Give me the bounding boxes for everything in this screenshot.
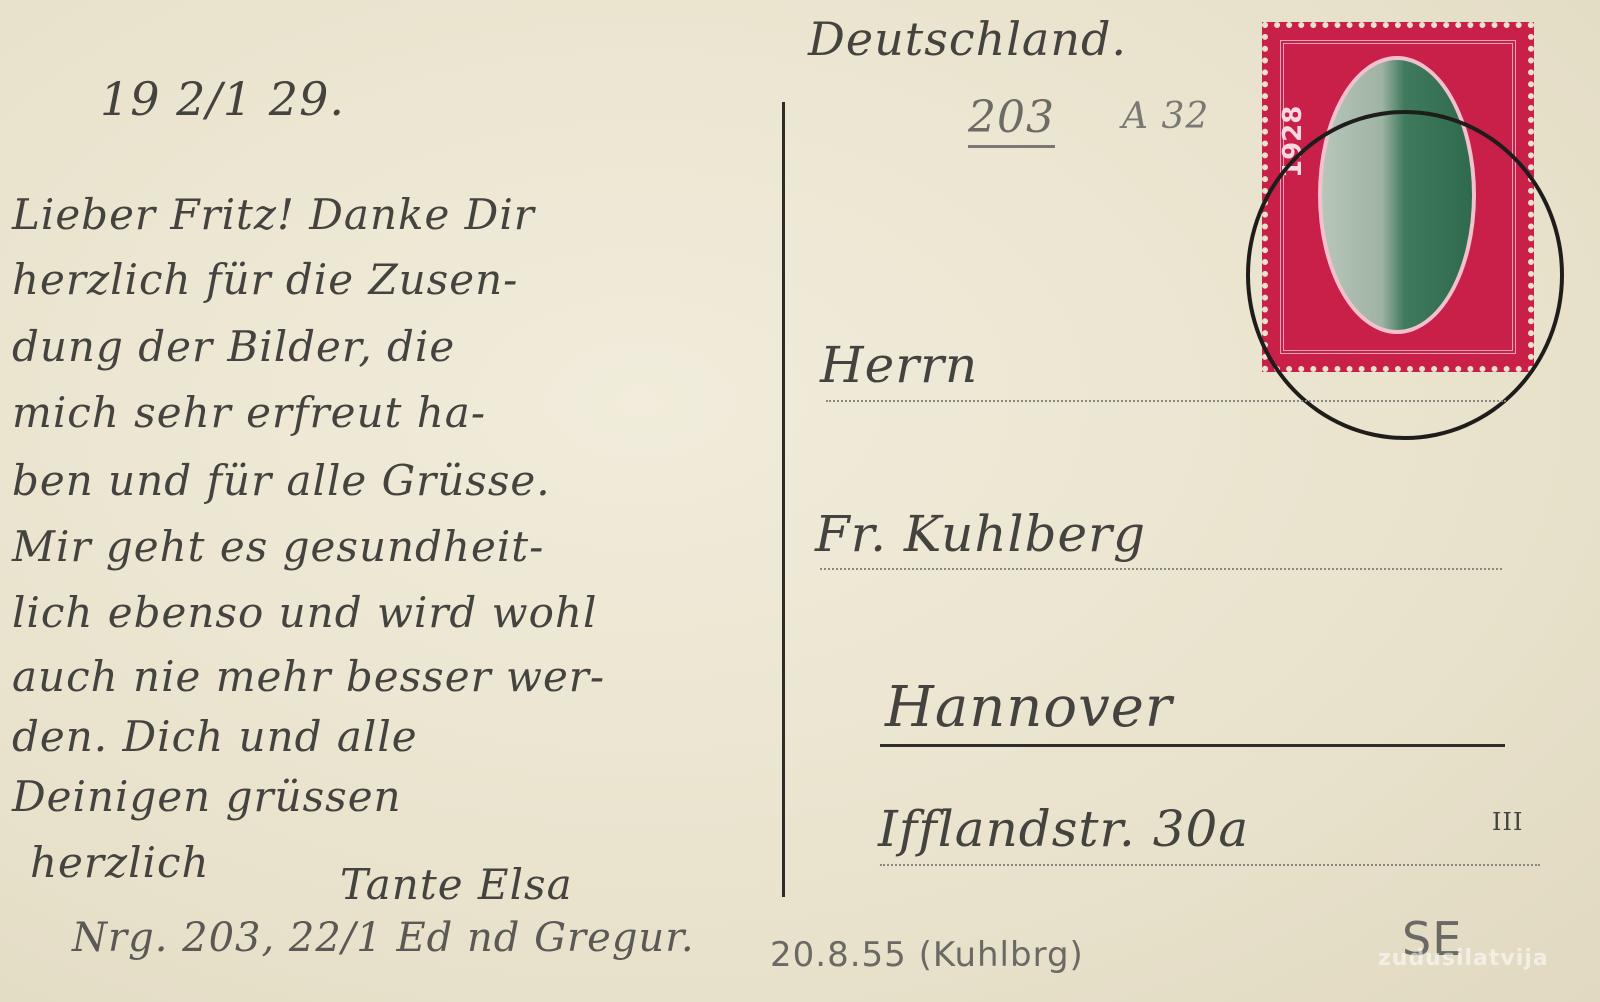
address-salutation: Herrn — [820, 336, 978, 394]
message-line: Mir geht es gesundheit- — [12, 522, 544, 571]
city-underline — [880, 744, 1505, 747]
letter-date: 19 2/1 29. — [100, 72, 345, 126]
message-line: Deinigen grüssen — [12, 772, 402, 821]
message-line: mich sehr erfreut ha- — [12, 388, 486, 437]
message-line: lich ebenso und wird wohl — [12, 588, 597, 637]
address-city: Hannover — [885, 675, 1173, 740]
message-line: Lieber Fritz! Danke Dir — [12, 190, 535, 239]
message-line: ben und für alle Grüsse. — [12, 456, 551, 505]
destination-country: Deutschland. — [808, 12, 1127, 66]
archive-date: 20.8.55 (Kuhlbrg) — [770, 935, 1084, 975]
reference-number: 203 — [968, 92, 1055, 148]
address-street: Ifflandstr. 30a — [878, 800, 1249, 858]
address-line — [820, 566, 1502, 570]
center-divider — [782, 102, 785, 897]
address-line — [880, 862, 1540, 866]
address-name: Fr. Kuhlberg — [815, 505, 1146, 563]
signature: Tante Elsa — [340, 860, 573, 909]
address-floor: III — [1492, 808, 1523, 836]
archive-note: Nrg. 203, 22/1 Ed nd Gregur. — [72, 915, 695, 961]
postcard-back: 19 2/1 29. Lieber Fritz! Danke Dir herzl… — [0, 0, 1600, 1002]
message-line: dung der Bilder, die — [12, 322, 455, 371]
postmark-circle-icon — [1246, 110, 1564, 440]
watermark: zudusilatvija — [1378, 946, 1549, 971]
message-line: auch nie mehr besser wer- — [12, 652, 605, 701]
message-line: herzlich — [30, 838, 210, 887]
address-line — [826, 398, 1506, 402]
message-line: den. Dich und alle — [12, 712, 418, 761]
message-line: herzlich für die Zusen- — [12, 255, 518, 304]
reference-suffix: A 32 — [1122, 96, 1209, 137]
